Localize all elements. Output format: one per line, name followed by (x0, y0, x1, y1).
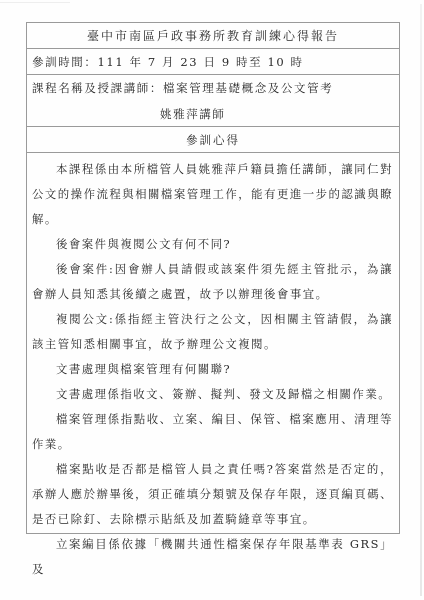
course-name: 檔案管理基礎概念及公文管考 (163, 81, 333, 95)
report-table: 臺中市南區戶政事務所教育訓練心得報告 參訓時間：111 年 7 月 23 日 9… (26, 22, 400, 534)
training-time-value: 111 年 7 月 23 日 9 時至 10 時 (98, 55, 304, 69)
report-title: 臺中市南區戶政事務所教育訓練心得報告 (27, 23, 399, 49)
paragraph-question-2: 文書處理與檔案管理有何關聯? (32, 357, 393, 382)
paragraph-archive-management: 檔案管理係指點收、立案、編目、保管、檔案應用、清理等作業。 (32, 407, 393, 457)
paragraph-question-1: 後會案件與複閱公文有何不同? (32, 232, 393, 257)
scan-edge-top (0, 2, 70, 3)
scanned-page: 臺中市南區戶政事務所教育訓練心得報告 參訓時間：111 年 7 月 23 日 9… (0, 0, 424, 600)
paragraph-archive-receipt: 檔案點收是否都是檔管人員之責任嗎?答案當然是否定的，承辦人應於辦畢後，須正確填分… (32, 457, 393, 532)
paragraph-cataloging: 立案編目係依據「機關共通性檔案保存年限基準表 GRS」及 (32, 532, 393, 582)
course-instructor: 姚雅萍講師 (160, 107, 226, 121)
training-time-label: 參訓時間： (32, 55, 98, 69)
paragraph-post-review: 後會案件:因會辦人員請假或該案件須先經主管批示，為讓會辦人員知悉其後續之處置，故… (32, 257, 393, 307)
training-time-row: 參訓時間：111 年 7 月 23 日 9 時至 10 時 (27, 49, 399, 75)
paragraph-document-processing: 文書處理係指收文、簽辦、擬判、發文及歸檔之相關作業。 (32, 382, 393, 407)
course-label: 課程名稱及授課講師： (32, 81, 163, 95)
scan-edge-right (420, 4, 422, 596)
paragraph-re-review: 複閱公文:係指經主管決行之公文，因相關主管請假，為讓該主管知悉相關事宜，故予辦理… (32, 307, 393, 357)
paragraph-intro: 本課程係由本所檔管人員姚雅萍戶籍員擔任講師，讓同仁對公文的操作流程與相關檔案管理… (32, 157, 393, 232)
section-header: 參訓心得 (27, 127, 399, 153)
reflection-body: 本課程係由本所檔管人員姚雅萍戶籍員擔任講師，讓同仁對公文的操作流程與相關檔案管理… (27, 153, 399, 533)
course-row: 課程名稱及授課講師：檔案管理基礎概念及公文管考 姚雅萍講師 (27, 75, 399, 127)
